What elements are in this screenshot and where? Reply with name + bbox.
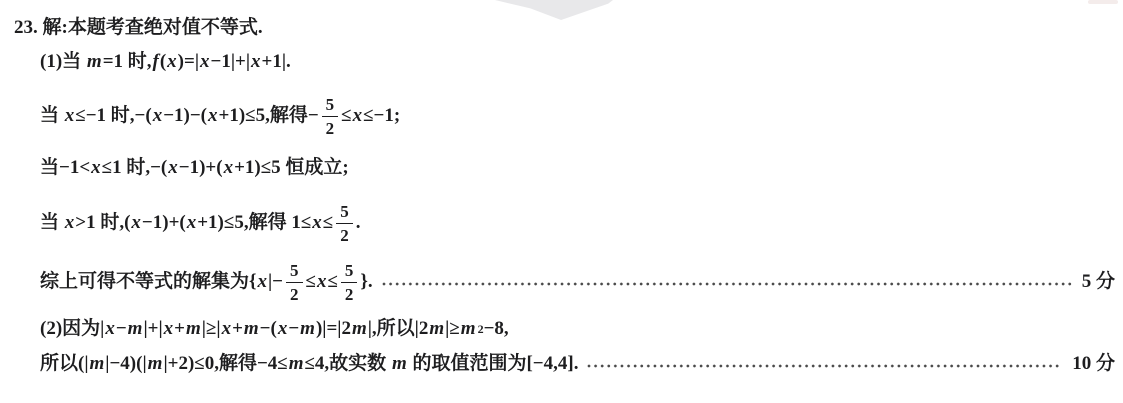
text-run: )=| [178, 51, 199, 73]
text-run: =1 时, [103, 51, 152, 73]
line-case3: 当 x>1 时,(x−1)+(x+1)≤5,解得 1≤x≤52. [40, 196, 360, 250]
text-run: +1)≤5,解得− [219, 105, 319, 127]
fraction: 52 [336, 203, 353, 244]
fraction-denominator: 2 [322, 116, 339, 137]
scanned-answer-page: 23. 解:本题考查绝对值不等式.(1)当 m=1 时,f(x)=|x−1|+|… [0, 0, 1123, 403]
scan-speck [1088, 0, 1118, 4]
fraction-denominator: 2 [341, 282, 358, 303]
math-var: m [428, 318, 445, 340]
text-run: ≤ [306, 271, 316, 293]
math-var: x [223, 157, 235, 179]
text-run: 当 [40, 105, 64, 127]
score-label: 10 分 [1072, 353, 1115, 375]
text-run: |− [268, 271, 283, 293]
text-run: 所以(| [40, 353, 89, 375]
math-var: x [166, 51, 178, 73]
math-var: x [152, 105, 164, 127]
text-run: |≥| [202, 318, 221, 340]
text-run: ≤1 时,−( [102, 157, 168, 179]
math-var: x [207, 105, 219, 127]
math-var: x [199, 51, 211, 73]
line-part2-derivation: (2)因为|x−m|+|x+m|≥|x+m−(x−m)|=|2m|,所以|2m|… [40, 314, 509, 344]
fraction-numerator: 5 [336, 203, 353, 223]
math-var: m [147, 353, 164, 375]
text-run: ≤ [341, 105, 351, 127]
text-run: |+2)≤0,解得−4≤ [163, 353, 287, 375]
math-var: f [152, 51, 160, 73]
text-run: 当 [40, 212, 64, 234]
text-run: ≤4,故实数 [305, 353, 391, 375]
fraction-numerator: 5 [341, 262, 358, 282]
text-run: 综上可得不等式的解集为{ [40, 271, 257, 293]
text-run: +1)≤5 恒成立; [234, 157, 349, 179]
text-run: − [288, 318, 299, 340]
page-fold-artifact [495, 0, 613, 20]
math-var: x [64, 105, 76, 127]
math-var: x [130, 212, 142, 234]
text-run: 的取值范围为[−4,4]. [408, 353, 579, 375]
text-run: −8, [484, 318, 509, 340]
text-run: 当−1< [40, 157, 90, 179]
math-var: m [86, 51, 103, 73]
text-run: + [174, 318, 185, 340]
text-run: +1|. [262, 51, 291, 73]
text-run: +1)≤5,解得 1≤ [197, 212, 311, 234]
text-run: |≥ [445, 318, 460, 340]
text-run: −1)+( [142, 212, 186, 234]
text-run: −1|+| [211, 51, 251, 73]
text-run: ≤−1 时,−( [75, 105, 151, 127]
text-run: (2)因为| [40, 318, 104, 340]
math-var: x [64, 212, 76, 234]
math-var: x [186, 212, 198, 234]
math-var: x [221, 318, 233, 340]
line-part1-conclusion: 综上可得不等式的解集为{x|−52≤x≤52}.5 分 [40, 254, 1115, 310]
math-var: x [277, 318, 289, 340]
fraction-numerator: 5 [322, 96, 339, 116]
math-var: x [163, 318, 175, 340]
line-part1-setup: (1)当 m=1 时,f(x)=|x−1|+|x+1|. [40, 47, 291, 77]
text-run: |+| [143, 318, 162, 340]
text-run: )|=|2 [316, 318, 351, 340]
text-run: |,所以|2 [368, 318, 429, 340]
text-run: }. [360, 271, 372, 293]
text-run: 23. 解:本题考查绝对值不等式. [14, 17, 263, 39]
text-run: −1)+( [179, 157, 223, 179]
math-var: x [90, 157, 102, 179]
math-var: m [460, 318, 477, 340]
line-heading: 23. 解:本题考查绝对值不等式. [14, 14, 263, 42]
line-case1: 当 x≤−1 时,−(x−1)−(x+1)≤5,解得−52≤x≤−1; [40, 90, 400, 142]
math-var: m [243, 318, 260, 340]
text-run: (1)当 [40, 51, 86, 73]
fraction: 52 [286, 262, 303, 303]
text-run: |−4)(| [105, 353, 146, 375]
text-run: + [232, 318, 243, 340]
math-var: x [316, 271, 328, 293]
text-run: ≤ [327, 271, 337, 293]
math-var: m [299, 318, 316, 340]
text-run: − [116, 318, 127, 340]
fraction-numerator: 5 [286, 262, 303, 282]
text-run: >1 时,( [75, 212, 130, 234]
math-var: m [351, 318, 368, 340]
line-part2-conclusion: 所以(|m|−4)(|m|+2)≤0,解得−4≤m≤4,故实数 m 的取值范围为… [40, 348, 1115, 380]
score-label: 5 分 [1082, 271, 1115, 293]
math-var: m [288, 353, 305, 375]
math-var: m [185, 318, 202, 340]
text-run: ≤−1; [363, 105, 400, 127]
math-var: m [89, 353, 106, 375]
fraction: 52 [341, 262, 358, 303]
math-var: x [352, 105, 364, 127]
math-var: x [257, 271, 269, 293]
text-run: −( [260, 318, 277, 340]
math-var: m [391, 353, 408, 375]
dot-leader [381, 278, 1072, 290]
fraction-denominator: 2 [286, 282, 303, 303]
text-run: . [356, 212, 361, 234]
math-var: m [127, 318, 144, 340]
dot-leader [586, 360, 1062, 372]
math-var: x [167, 157, 179, 179]
text-run: −1)−( [163, 105, 207, 127]
fraction: 52 [322, 96, 339, 137]
math-var: x [104, 318, 116, 340]
math-var: x [311, 212, 323, 234]
line-case2: 当−1<x≤1 时,−(x−1)+(x+1)≤5 恒成立; [40, 153, 349, 183]
math-var: x [250, 51, 262, 73]
fraction-denominator: 2 [336, 223, 353, 244]
text-run: ≤ [323, 212, 333, 234]
